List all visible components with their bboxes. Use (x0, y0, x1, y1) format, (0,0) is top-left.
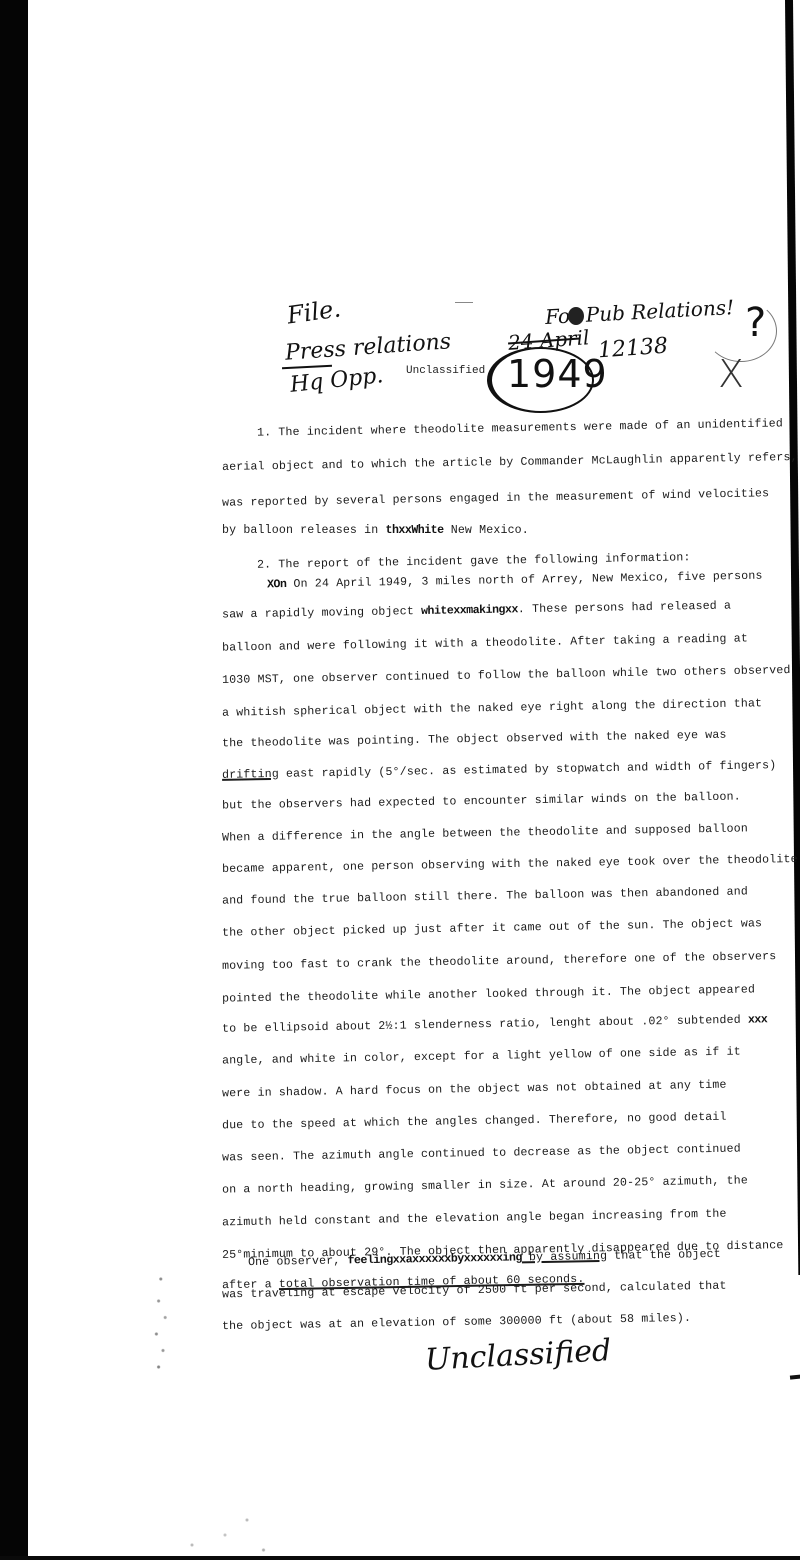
text-line: drifting east rapidly (5°/sec. as estima… (222, 759, 777, 782)
text-line: XOn On 24 April 1949, 3 miles north of A… (267, 570, 763, 592)
scan-border-bottom (0, 1556, 800, 1560)
text-line: a whitish spherical object with the nake… (222, 697, 762, 719)
text-fragment: that the object (607, 1248, 721, 1263)
text-line: moving too fast to crank the theodolite … (222, 950, 777, 973)
text-line: were in shadow. A hard focus on the obje… (222, 1079, 727, 1101)
hq-annotation: Hq Opp. (289, 363, 385, 398)
press-relations-annotation: Press relations (284, 329, 452, 366)
scan-noise (170, 1505, 280, 1555)
text-line: the other object picked up just after it… (222, 917, 762, 939)
text-line: due to the speed at which the angles cha… (222, 1111, 727, 1133)
text-line: the object was at an elevation of some 3… (222, 1312, 691, 1333)
struck-text: feelingxxaxxxxxxbyxxxxxxing (347, 1251, 522, 1267)
text-line: was reported by several persons engaged … (222, 487, 769, 510)
underlined-text: by assuming (522, 1250, 608, 1264)
scan-noise (152, 1268, 174, 1378)
text-line: azimuth held constant and the elevation … (222, 1208, 727, 1230)
scan-mark (790, 1374, 800, 1379)
text-line: balloon and were following it with a the… (222, 632, 748, 654)
text-fragment: One observer, (248, 1254, 348, 1269)
text-fragment: by balloon releases in (222, 524, 378, 537)
classification-label: Unclassified (406, 365, 485, 377)
text-line: but the observers had expected to encoun… (222, 790, 741, 812)
x-mark-icon: X (718, 352, 744, 396)
scan-border-left (0, 0, 28, 1560)
file-number: 12138 (597, 334, 669, 364)
text-line: on a north heading, growing smaller in s… (222, 1174, 748, 1196)
struck-text: XOn (267, 578, 287, 591)
text-fragment: east rapidly (5°/sec. as estimated by st… (279, 759, 777, 781)
stray-mark (455, 302, 473, 303)
struck-text: xxx (748, 1013, 768, 1026)
struck-text: thxxWhite (385, 524, 443, 537)
text-line: by balloon releases in thxxWhite New Mex… (222, 524, 529, 537)
text-line: 1030 MST, one observer continued to foll… (222, 664, 791, 687)
text-line: 2. The report of the incident gave the f… (257, 551, 691, 572)
text-line: was seen. The azimuth angle continued to… (222, 1142, 741, 1164)
text-fragment: saw a rapidly moving object (222, 605, 414, 621)
text-line: angle, and white in color, except for a … (222, 1045, 741, 1067)
text-line: aerial object and to which the article b… (222, 451, 798, 474)
signature-unclassified: Unclassified (424, 1333, 612, 1378)
text-line: 1. The incident where theodolite measure… (257, 417, 783, 439)
question-mark-icon: ? (745, 300, 766, 346)
text-line: the theodolite was pointing. The object … (222, 729, 727, 751)
ink-blot (568, 307, 584, 325)
text-line: became apparent, one person observing wi… (222, 853, 798, 876)
text-line: pointed the theodolite while another loo… (222, 983, 755, 1005)
text-line: saw a rapidly moving object whitexxmakin… (222, 600, 731, 622)
text-line: When a difference in the angle between t… (222, 822, 748, 844)
text-line: and found the true balloon still there. … (222, 885, 748, 907)
underlined-text: drifting (222, 768, 279, 782)
struck-text: whitexxmakingxx (421, 603, 518, 618)
text-fragment: to be ellipsoid about 2½:1 slenderness r… (222, 1014, 741, 1036)
text-line: to be ellipsoid about 2½:1 slenderness r… (222, 1013, 767, 1036)
year-annotation: 1949 (507, 352, 608, 396)
scan-border-right (785, 0, 800, 1275)
file-annotation: File. (285, 294, 342, 329)
text-fragment: New Mexico. (451, 524, 529, 537)
text-fragment: On 24 April 1949, 3 miles north of Arrey… (293, 570, 762, 591)
text-fragment: . These persons had released a (518, 600, 731, 617)
